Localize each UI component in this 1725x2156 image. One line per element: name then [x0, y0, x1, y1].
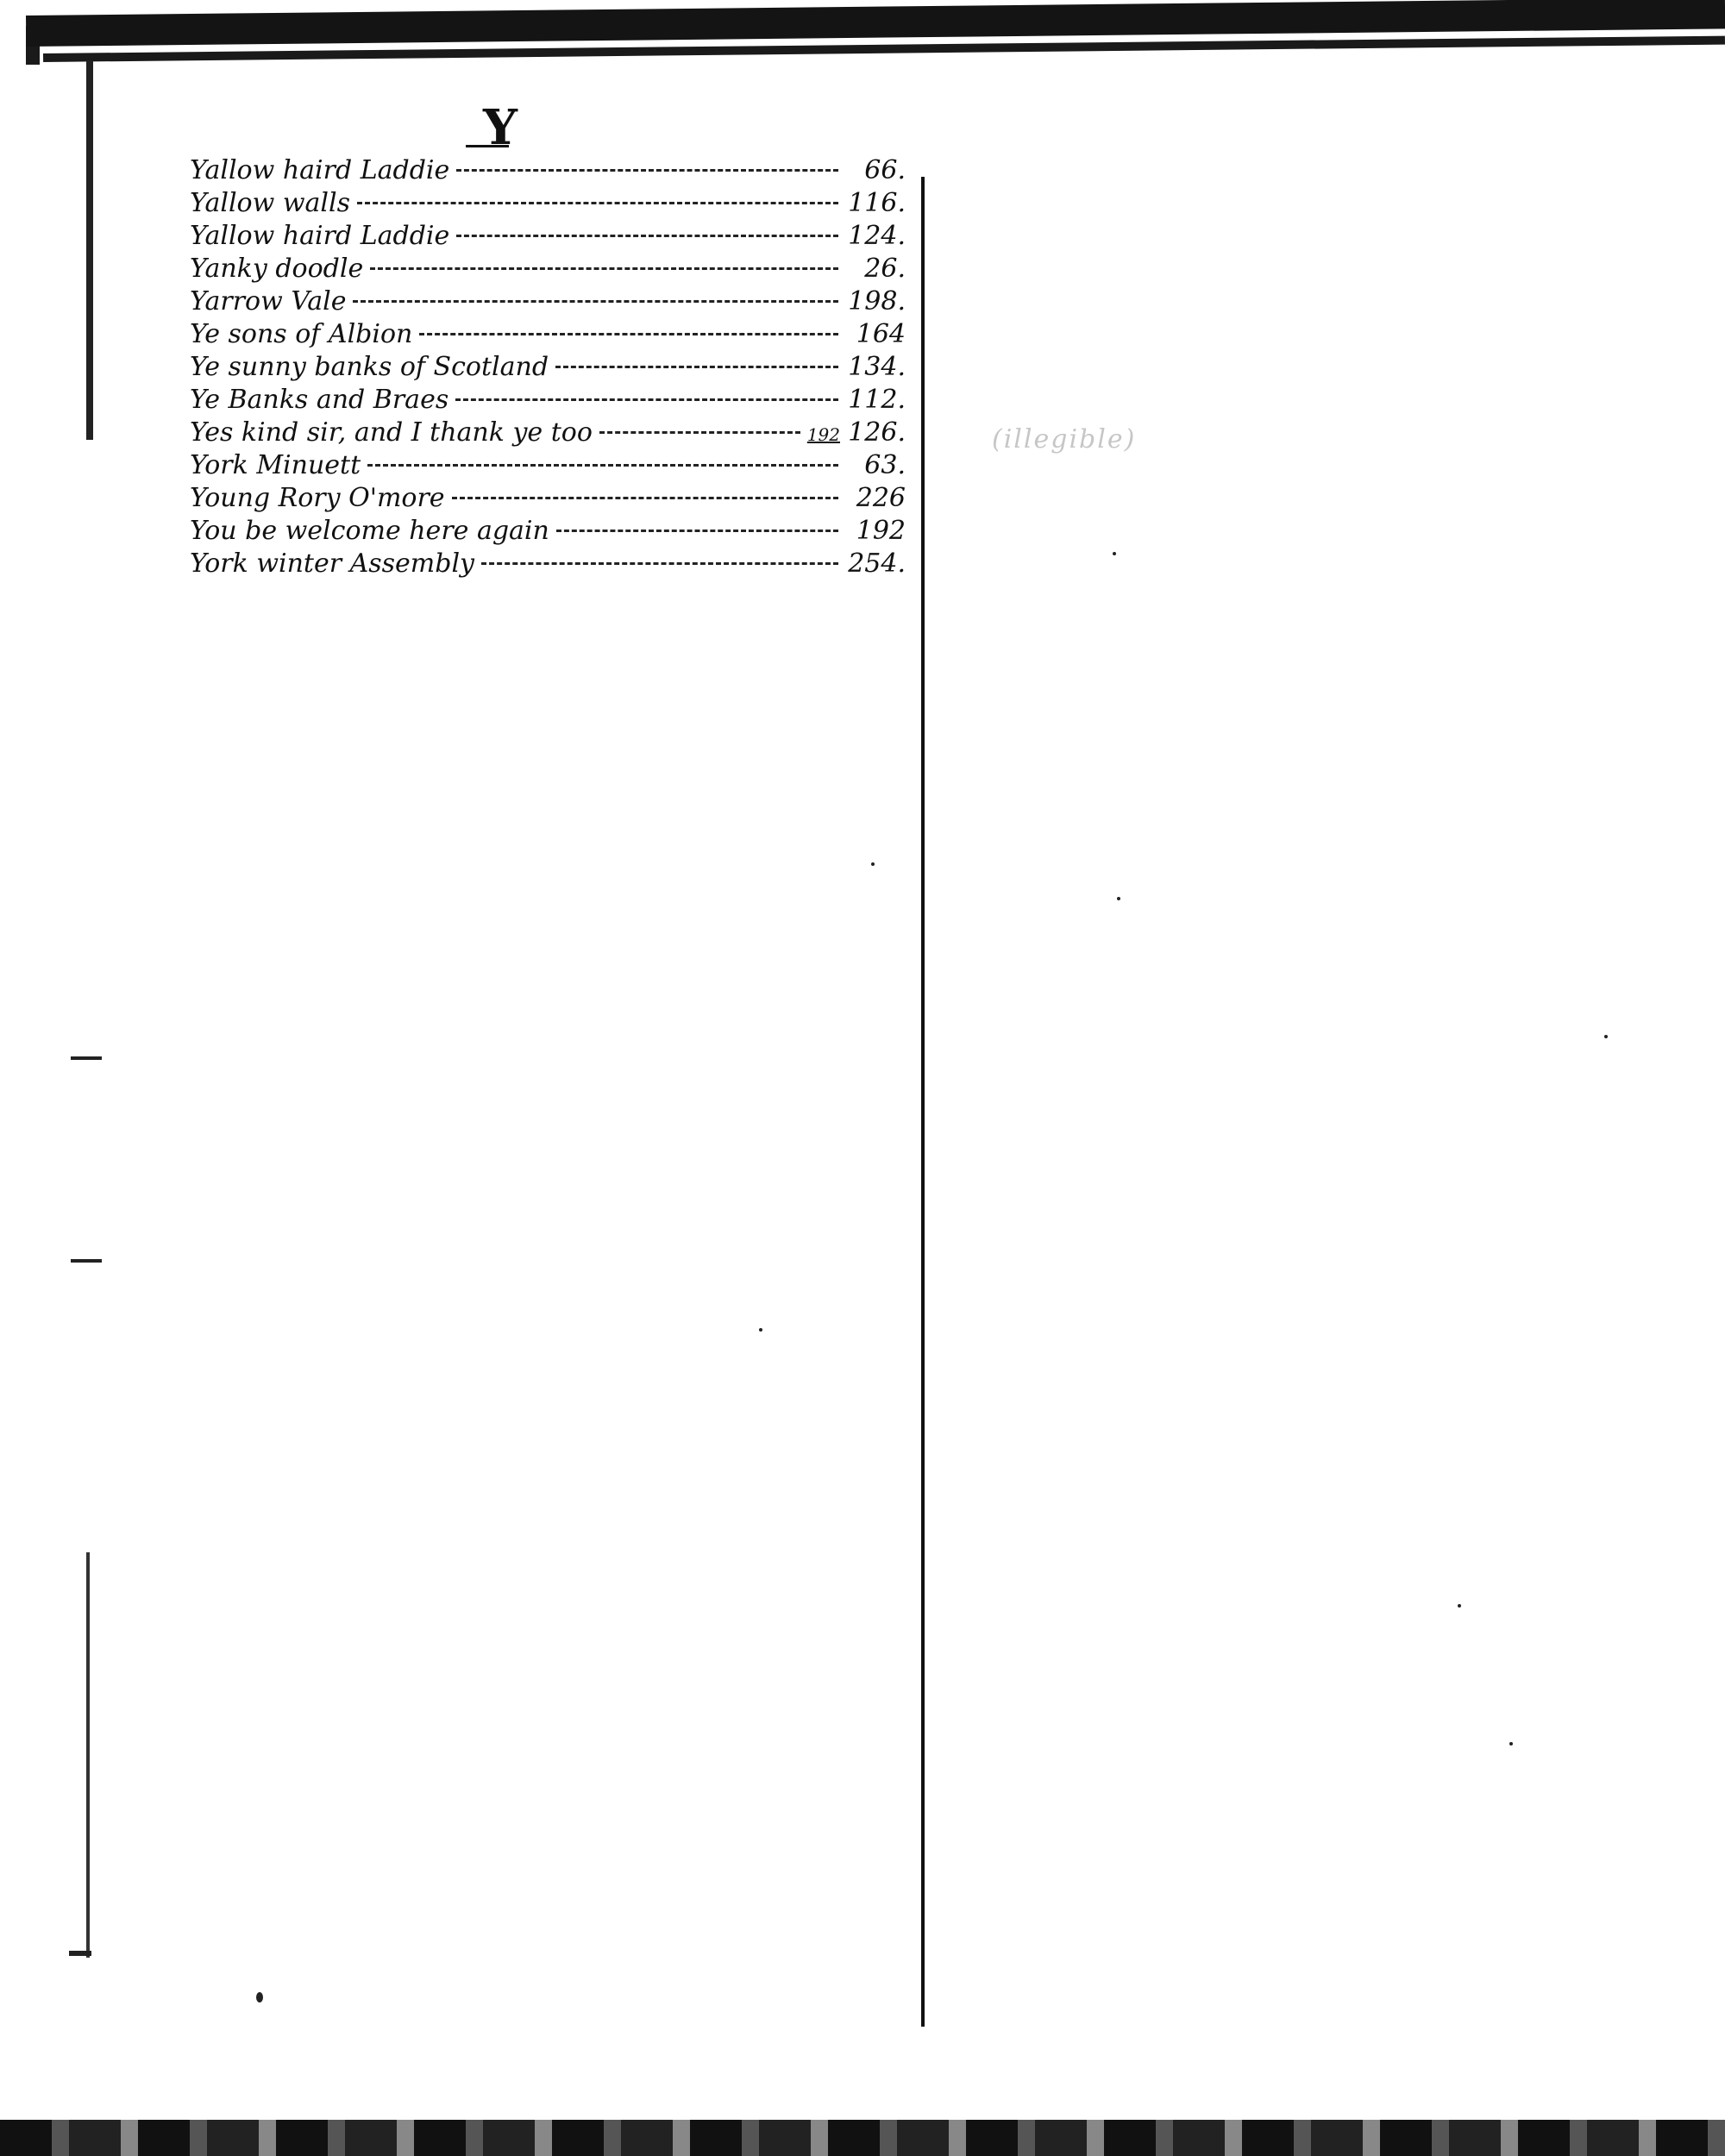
entry-page-number: 124.: [845, 221, 906, 251]
entry-title: Ye Banks and Braes: [190, 385, 448, 415]
binding-mark: [71, 1259, 102, 1263]
index-entry-list: Yallow haird Laddie 66. Yallow walls 116…: [190, 155, 906, 581]
entry-page-number: 254.: [845, 548, 906, 579]
entry-title: York Minuett: [190, 450, 361, 480]
entry-page-number: 134.: [845, 352, 906, 382]
bleed-through-text: (illegible): [992, 424, 1136, 454]
index-entry: Yallow haird Laddie 66.: [190, 155, 906, 188]
index-entry: Yallow haird Laddie 124.: [190, 221, 906, 254]
index-entry: Ye sons of Albion 164: [190, 319, 906, 352]
dot-leader: [555, 366, 838, 368]
column-divider-rule: [921, 177, 925, 2027]
ink-speck: [1509, 1742, 1513, 1745]
binding-mark: [71, 1056, 102, 1060]
index-entry: Yanky doodle 26.: [190, 254, 906, 286]
entry-page-number: 66.: [845, 155, 906, 185]
entry-title: Young Rory O'more: [190, 483, 445, 513]
dot-leader: [599, 431, 800, 434]
entry-page-number: 192: [845, 516, 906, 546]
entry-title: Yallow haird Laddie: [190, 221, 449, 251]
index-entry: Ye sunny banks of Scotland 134.: [190, 352, 906, 385]
dot-leader: [357, 202, 838, 204]
entry-title: Yarrow Vale: [190, 286, 346, 317]
dot-leader: [456, 235, 838, 237]
entry-page-number: 164: [845, 319, 906, 349]
entry-page-number: 116.: [845, 188, 906, 218]
binding-edge-lower: [86, 1552, 90, 1958]
entry-title: York winter Assembly: [190, 548, 474, 579]
entry-title: Ye sons of Albion: [190, 319, 412, 349]
ink-speck: [1117, 897, 1120, 900]
dot-leader: [353, 300, 838, 303]
entry-title: Yes kind sir, and I thank ye too: [190, 417, 593, 448]
entry-title: Ye sunny banks of Scotland: [190, 352, 549, 382]
entry-title: You be welcome here again: [190, 516, 549, 546]
dot-leader: [367, 464, 838, 467]
ink-speck: [759, 1328, 762, 1332]
entry-page-number: 198.: [845, 286, 906, 317]
ink-speck: [256, 1992, 263, 2002]
index-entry: Yes kind sir, and I thank ye too 192 126…: [190, 417, 906, 450]
scan-bottom-border: [0, 2120, 1725, 2156]
index-entry: Ye Banks and Braes 112.: [190, 385, 906, 417]
entry-title: Yallow walls: [190, 188, 350, 218]
ink-speck: [1604, 1035, 1608, 1038]
entry-cross-reference: 192: [807, 424, 840, 445]
index-entry: Young Rory O'more 226: [190, 483, 906, 516]
index-letter-heading: Y: [466, 99, 535, 156]
ink-speck: [1458, 1604, 1461, 1608]
index-entry: Yarrow Vale 198.: [190, 286, 906, 319]
entry-page-number: 63.: [845, 450, 906, 480]
dot-leader: [455, 398, 838, 401]
dot-leader: [370, 267, 838, 270]
dot-leader: [481, 562, 838, 565]
index-entry: You be welcome here again 192: [190, 516, 906, 548]
dot-leader: [456, 169, 838, 172]
heading-underline: [466, 145, 509, 147]
entry-page-number: 126.: [845, 417, 906, 448]
binding-edge-foot: [69, 1951, 91, 1956]
entry-title: Yallow haird Laddie: [190, 155, 449, 185]
index-entry: York Minuett 63.: [190, 450, 906, 483]
entry-page-number: 226: [845, 483, 906, 513]
index-entry: Yallow walls 116.: [190, 188, 906, 221]
entry-page-number: 26.: [845, 254, 906, 284]
dot-leader: [452, 497, 838, 499]
entry-title: Yanky doodle: [190, 254, 363, 284]
ink-speck: [1113, 552, 1116, 555]
entry-page-number: 112.: [845, 385, 906, 415]
dot-leader: [419, 333, 838, 335]
dot-leader: [556, 530, 838, 532]
index-entry: York winter Assembly 254.: [190, 548, 906, 581]
ink-speck: [871, 862, 875, 866]
